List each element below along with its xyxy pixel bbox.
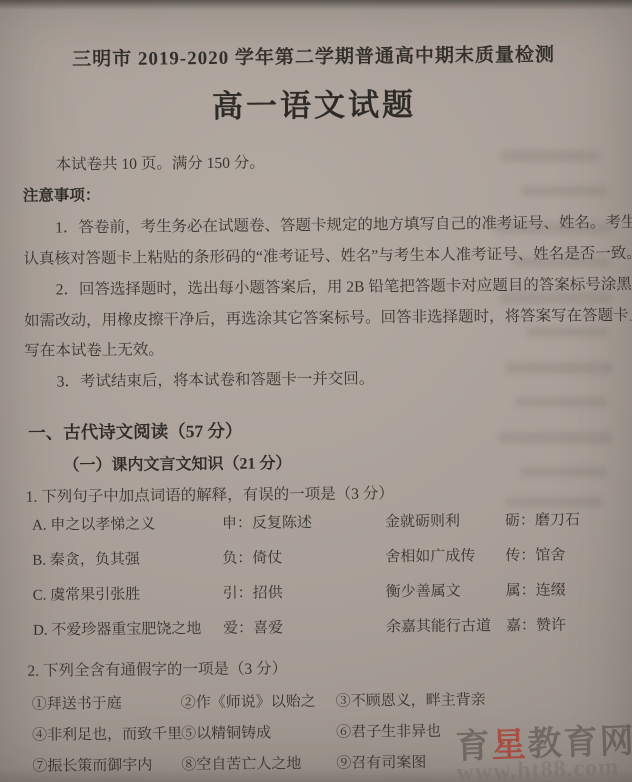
option-gloss: 属：连缀 (506, 573, 625, 609)
option-gloss: 传：馆舍 (505, 538, 624, 574)
numbered-item: ⑧空自苦亡人之地 (181, 749, 336, 781)
paper-title: 高一语文试题 (0, 77, 630, 128)
option-gloss: 爱：喜爱 (223, 610, 386, 647)
option-gloss: 申：反复陈述 (222, 505, 385, 542)
option-phrase: A. 申之以孝悌之义 (32, 507, 222, 544)
scanned-exam-paper: 三明市 2019-2020 学年第二学期普通高中期末质量检测 高一语文试题 本试… (0, 0, 632, 782)
option-gloss: 砺：磨刀石 (505, 503, 624, 539)
option-row-d: D. 不爱珍器重宝肥饶之地 爱：喜爱 余嘉其能行古道 嘉：赞许 (33, 608, 625, 649)
notice-line: 2．回答选择题时，选出每小题答案后，用 2B 铅笔把答题卡对应题目的答案标号涂黑… (56, 272, 632, 300)
notice-line: 写在本试卷上无效。 (24, 337, 164, 360)
numbered-item: ⑤以精铜铸成 (181, 718, 336, 750)
option-phrase: 金就砺则利 (385, 504, 505, 540)
question-2-stem: 2. 下列全含有通假字的一项是（3 分） (27, 656, 287, 680)
option-phrase: 余嘉其能行古道 (386, 609, 506, 645)
notice-line: 1．答卷前，考生务必在试题卷、答题卡规定的地方填写自己的准考证号、姓名。考生要 (55, 210, 632, 238)
numbered-item: ⑥君子生非异也 (336, 715, 630, 749)
notice-line: 认真核对答题卡上粘贴的条形码的“准考证号、姓名”与考生本人准考证号、姓名是否一致… (23, 241, 632, 269)
option-phrase: 衡少善属文 (386, 574, 506, 610)
numbered-item: ③不顾恩义，畔主背亲 (336, 684, 630, 718)
section-sub-heading: （一）课内文言文知识（21 分） (63, 450, 291, 475)
numbered-item: ①拜送书于庭 (32, 688, 181, 720)
option-phrase: C. 虞常果引张胜 (33, 577, 223, 614)
item-row: ⑦振长策而御宇内 ⑧空自苦亡人之地 ⑨召有司案图 (32, 746, 630, 782)
paper-meta-line: 本试卷共 10 页。满分 150 分。 (55, 150, 264, 174)
paper-content: 三明市 2019-2020 学年第二学期普通高中期末质量检测 高一语文试题 本试… (0, 0, 632, 782)
question-1-stem: 1. 下列句子中加点词语的解释，有误的一项是（3 分） (26, 481, 394, 507)
option-row-b: B. 秦贪，负其强 负：倚仗 舍相如广成传 传：馆舍 (32, 538, 624, 579)
option-row-c: C. 虞常果引张胜 引：招供 衡少善属文 属：连缀 (33, 573, 625, 614)
notice-line: 如需改动，用橡皮擦干净后，再选涂其它答案标号。回答非选择题时，将答案写在答题卡上… (24, 303, 632, 331)
exam-session-line: 三明市 2019-2020 学年第二学期普通高中期末质量检测 (0, 39, 630, 72)
option-phrase: D. 不爱珍器重宝肥饶之地 (33, 612, 223, 649)
question-1-options: A. 申之以孝悌之义 申：反复陈述 金就砺则利 砺：磨刀石 B. 秦贪，负其强 … (32, 503, 625, 649)
notice-line: 3．考试结束后，将本试卷和答题卡一并交回。 (57, 366, 375, 391)
option-phrase: B. 秦贪，负其强 (32, 542, 222, 579)
notice-heading: 注意事项： (23, 183, 101, 206)
option-row-a: A. 申之以孝悌之义 申：反复陈述 金就砺则利 砺：磨刀石 (32, 503, 624, 544)
numbered-item: ⑨召有司案图 (336, 746, 630, 780)
option-gloss: 负：倚仗 (222, 540, 385, 577)
numbered-item: ⑦振长策而御宇内 (32, 750, 181, 782)
option-gloss: 嘉：赞许 (506, 608, 625, 644)
numbered-item: ②作《师说》以贻之 (181, 687, 336, 719)
numbered-item: ④非利足也，而致千里 (32, 719, 181, 751)
section-heading: 一、古代诗文阅读（57 分） (28, 418, 243, 445)
question-2-items: ①拜送书于庭 ②作《师说》以贻之 ③不顾恩义，畔主背亲 ④非利足也，而致千里 ⑤… (32, 684, 631, 782)
option-phrase: 舍相如广成传 (385, 539, 505, 575)
option-gloss: 引：招供 (223, 575, 386, 612)
